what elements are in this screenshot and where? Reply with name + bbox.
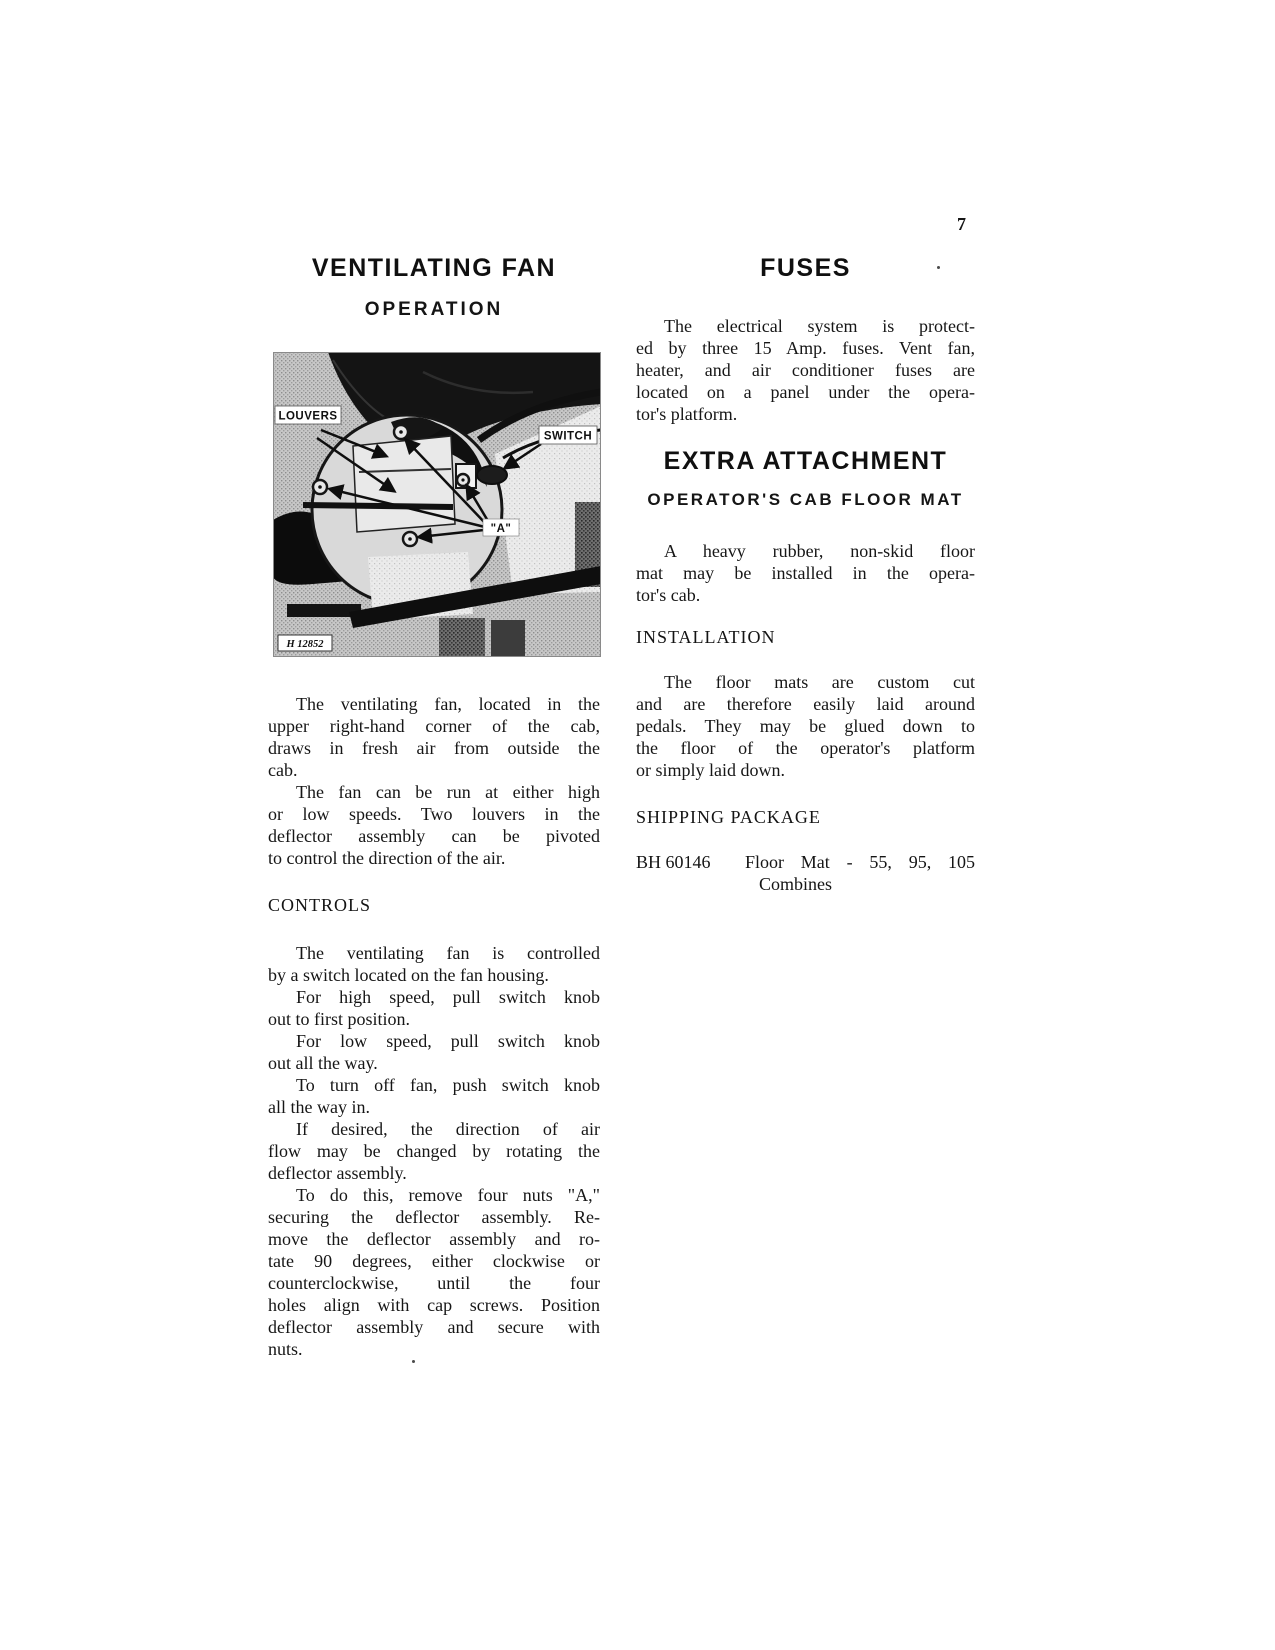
text-line: located on a panel under the opera-: [636, 381, 975, 403]
page-number: 7: [957, 214, 966, 234]
shipping-item-description: Floor Mat - 55, 95, 105 Combines: [745, 851, 975, 895]
text-line: ed by three 15 Amp. fuses. Vent fan,: [636, 337, 975, 359]
fan-photo-illustration: LOUVERS SWITCH "A" H 12852: [273, 352, 601, 657]
text-line: For high speed, pull switch knob: [268, 986, 600, 1008]
text-line: heater, and air conditioner fuses are: [636, 359, 975, 381]
paragraph: The ventilating fan, located in theupper…: [268, 693, 600, 781]
section-title-fuses: FUSES: [636, 253, 975, 283]
subsection-title-floor-mat: OPERATOR'S CAB FLOOR MAT: [636, 490, 975, 510]
text-line: pedals. They may be glued down to: [636, 715, 975, 737]
text-line: The ventilating fan, located in the: [268, 693, 600, 715]
text-line: The fan can be run at either high: [268, 781, 600, 803]
shipping-item-line1: Floor Mat - 55, 95, 105: [745, 851, 975, 873]
text-line: draws in fresh air from outside the: [268, 737, 600, 759]
text-line: deflector assembly can be pivoted: [268, 825, 600, 847]
photo-artwork: [273, 352, 601, 657]
scan-speck: [937, 266, 940, 269]
text-line: cab.: [268, 759, 600, 781]
text-line: or simply laid down.: [636, 759, 975, 781]
text-line: deflector assembly and secure with: [268, 1316, 600, 1338]
photo-label-switch: SWITCH: [539, 426, 597, 444]
paragraph: For low speed, pull switch knobout all t…: [268, 1030, 600, 1074]
text-line: A heavy rubber, non-skid floor: [636, 540, 975, 562]
heading-controls: CONTROLS: [268, 894, 600, 916]
text-line: flow may be changed by rotating the: [268, 1140, 600, 1162]
text-line: counterclockwise, until the four: [268, 1272, 600, 1294]
photo-caption: H 12852: [278, 635, 332, 651]
paragraph: A heavy rubber, non-skid floormat may be…: [636, 540, 975, 606]
text-line: mat may be installed in the opera-: [636, 562, 975, 584]
photo-label-switch-text: SWITCH: [544, 431, 592, 443]
text-line: The ventilating fan is controlled: [268, 942, 600, 964]
photo-label-louvers-text: LOUVERS: [278, 411, 337, 423]
text-line: move the deflector assembly and ro-: [268, 1228, 600, 1250]
text-line: nuts.: [268, 1338, 600, 1360]
text-line: deflector assembly.: [268, 1162, 600, 1184]
text-line: out to first position.: [268, 1008, 600, 1030]
text-line: by a switch located on the fan housing.: [268, 964, 600, 986]
text-line: If desired, the direction of air: [268, 1118, 600, 1140]
text-line: all the way in.: [268, 1096, 600, 1118]
text-line: the floor of the operator's platform: [636, 737, 975, 759]
photo-caption-text: H 12852: [285, 639, 324, 650]
text-line: The floor mats are custom cut: [636, 671, 975, 693]
text-line: or low speeds. Two louvers in the: [268, 803, 600, 825]
left-column: VENTILATING FAN OPERATION: [268, 253, 600, 1360]
paragraph: For high speed, pull switch knobout to f…: [268, 986, 600, 1030]
paragraph: The fan can be run at either highor low …: [268, 781, 600, 869]
manual-page: 7 VENTILATING FAN OPERATION: [0, 0, 1275, 1650]
section-title-extra-attachment: EXTRA ATTACHMENT: [636, 446, 975, 476]
text-line: out all the way.: [268, 1052, 600, 1074]
text-line: tor's cab.: [636, 584, 975, 606]
paragraph: If desired, the direction of airflow may…: [268, 1118, 600, 1184]
scan-speck: [412, 1360, 415, 1363]
heading-installation: INSTALLATION: [636, 626, 975, 648]
text-line: To turn off fan, push switch knob: [268, 1074, 600, 1096]
text-line: The electrical system is protect-: [636, 315, 975, 337]
section-title-ventilating-fan: VENTILATING FAN: [268, 253, 600, 283]
heading-shipping-package: SHIPPING PACKAGE: [636, 806, 975, 828]
text-line: upper right-hand corner of the cab,: [268, 715, 600, 737]
paragraph: The ventilating fan is controlledby a sw…: [268, 942, 600, 986]
text-line: For low speed, pull switch knob: [268, 1030, 600, 1052]
ventilating-fan-photo: LOUVERS SWITCH "A" H 12852: [273, 352, 601, 657]
photo-label-a: "A": [483, 519, 519, 536]
text-line: securing the deflector assembly. Re-: [268, 1206, 600, 1228]
shipping-package-entry: BH 60146 Floor Mat - 55, 95, 105 Combine…: [636, 851, 975, 895]
right-column: FUSES The electrical system is protect-e…: [636, 253, 975, 895]
text-line: holes align with cap screws. Position: [268, 1294, 600, 1316]
photo-label-louvers: LOUVERS: [275, 406, 341, 424]
text-line: To do this, remove four nuts "A,": [268, 1184, 600, 1206]
photo-label-a-text: "A": [491, 523, 512, 535]
text-line: to control the direction of the air.: [268, 847, 600, 869]
text-line: tate 90 degrees, either clockwise or: [268, 1250, 600, 1272]
paragraph: The electrical system is protect-ed by t…: [636, 315, 975, 425]
paragraph: To turn off fan, push switch knoball the…: [268, 1074, 600, 1118]
text-line: and are therefore easily laid around: [636, 693, 975, 715]
shipping-item-line2: Combines: [745, 873, 975, 895]
paragraph: The floor mats are custom cutand are the…: [636, 671, 975, 781]
text-line: tor's platform.: [636, 403, 975, 425]
shipping-part-number: BH 60146: [636, 851, 745, 895]
paragraph: To do this, remove four nuts "A,"securin…: [268, 1184, 600, 1360]
subsection-title-operation: OPERATION: [268, 300, 600, 320]
